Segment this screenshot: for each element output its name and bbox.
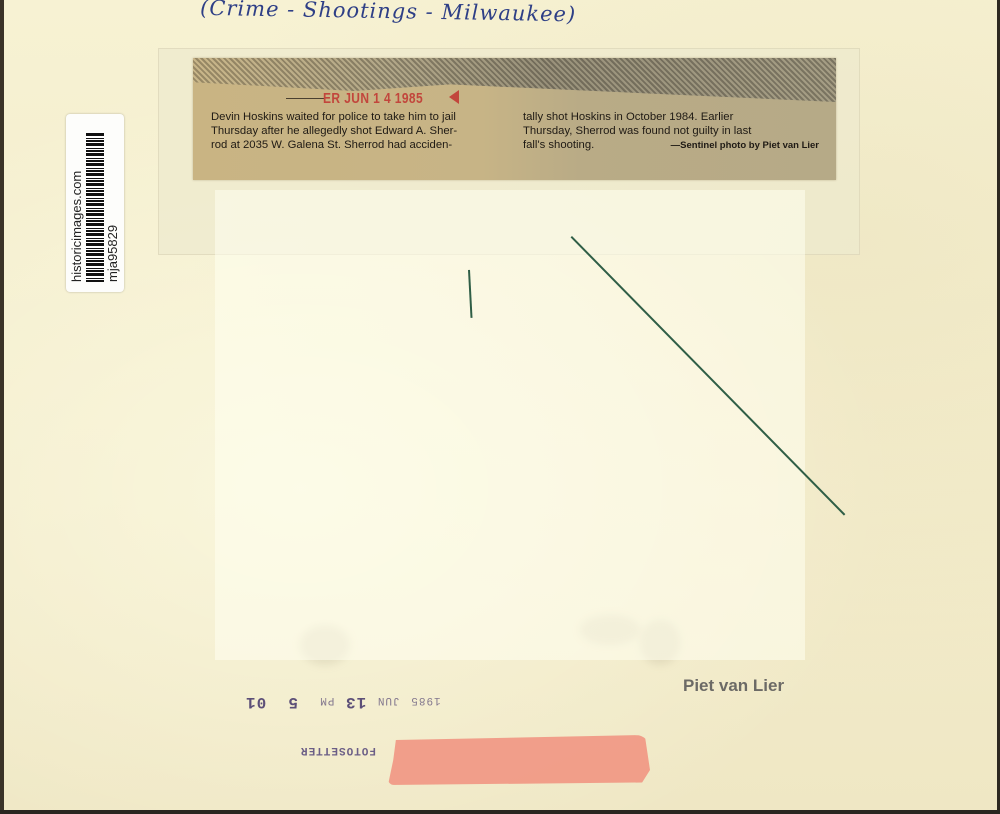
barcode-label: historicimages.com mja95829 [66, 114, 124, 292]
caption-line: Thursday after he allegedly shot Edward … [211, 124, 513, 138]
clipping-photo-fragment [193, 58, 836, 102]
received-time-stamp: 1985 JUN 13 PM 5 01 [245, 693, 441, 711]
caption-line: fall's shooting. —Sentinel photo by Piet… [523, 138, 819, 152]
scan-edge [0, 0, 4, 814]
paper-backing [215, 190, 805, 660]
stamp-arrow-icon [449, 90, 459, 104]
caption-line: rod at 2035 W. Galena St. Sherrod had ac… [211, 138, 513, 152]
fotosetter-stamp: FOTOSETTER [300, 744, 376, 756]
pink-marker-highlight [388, 735, 650, 785]
caption-line: Devin Hoskins waited for police to take … [211, 110, 513, 124]
caption-right-column: tally shot Hoskins in October 1984. Earl… [523, 110, 819, 154]
caption-final-text: fall's shooting. [523, 139, 594, 151]
stamp-hour: 5 [287, 693, 298, 711]
stamp-year: 1985 [410, 694, 440, 706]
date-stamp: ER JUN 1 4 1985 [323, 90, 423, 107]
scan-edge [0, 810, 1000, 814]
barcode-icon [86, 132, 104, 282]
stamp-underline [286, 98, 324, 99]
stamp-minute: 01 [245, 693, 266, 711]
stamp-ampm: PM [319, 694, 334, 706]
caption-line: Thursday, Sherrod was found not guilty i… [523, 124, 819, 138]
photographer-stamp: Piet van Lier [683, 676, 784, 696]
newspaper-clipping: ER JUN 1 4 1985 Devin Hoskins waited for… [193, 58, 836, 180]
caption-line: tally shot Hoskins in October 1984. Earl… [523, 110, 819, 124]
stamp-month: JUN [377, 694, 400, 706]
barcode-item-id: mja95829 [106, 225, 120, 282]
barcode-site-text: historicimages.com [70, 171, 84, 282]
stamp-day: 13 [345, 693, 366, 711]
photo-credit: —Sentinel photo by Piet van Lier [671, 139, 819, 153]
caption-left-column: Devin Hoskins waited for police to take … [211, 110, 513, 153]
